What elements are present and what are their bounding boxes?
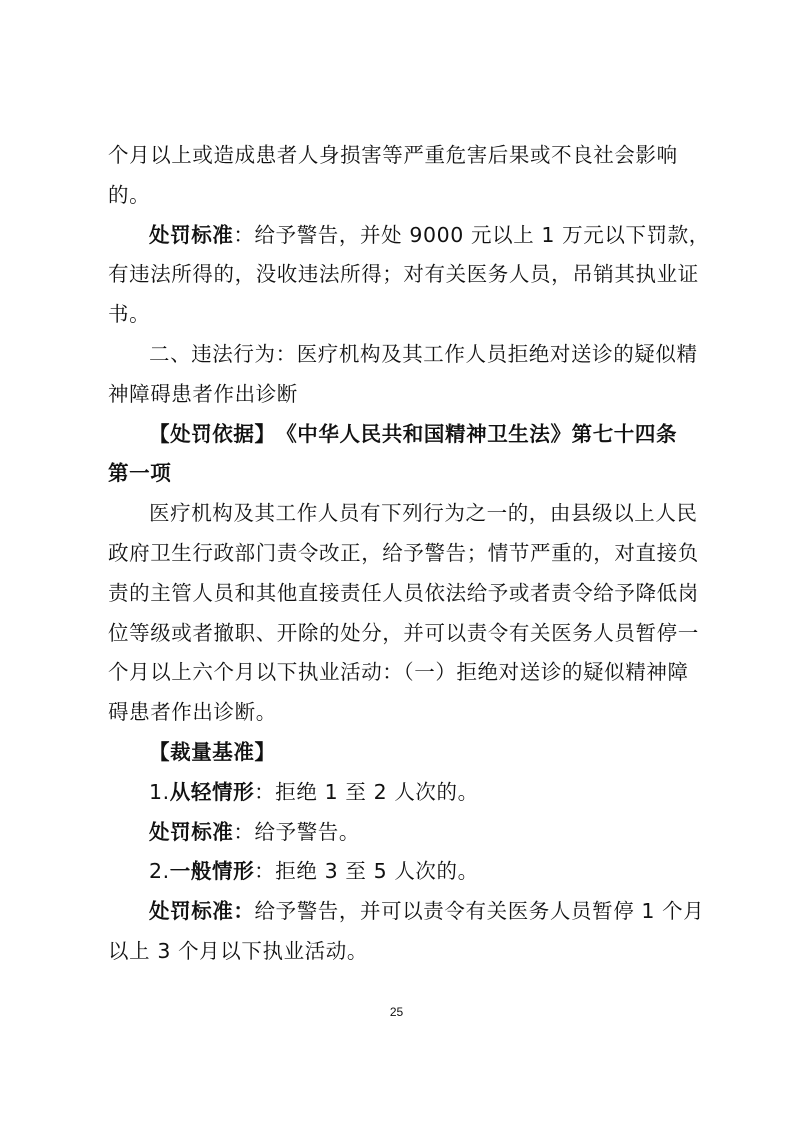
discretion-heading-line: 【裁量基准】 [108, 733, 693, 773]
document-body: 个月以上或造成患者人身损害等严重危害后果或不良社会影响 的。 处罚标准：给予警告… [108, 136, 693, 972]
body-text: 给予警告，并可以责令有关医务人员暂停 1 个月 [255, 899, 705, 923]
legal-basis-heading: 【处罚依据】 《中华人民共和国精神卫生法》第七十四条 [149, 422, 677, 446]
body-text: 有违法所得的，没收违法所得；对有关医务人员，吊销其执业证 [108, 262, 699, 286]
penalty-standard-line: 处罚标准：给予警告。 [108, 813, 693, 853]
paragraph-line: 位等级或者撤职、开除的处分，并可以责令有关医务人员暂停一 [108, 614, 693, 654]
paragraph-line: 书。 [108, 295, 693, 335]
paragraph-line: 责的主管人员和其他直接责任人员依法给予或者责令给予降低岗 [108, 574, 693, 614]
body-text: ：给予警告，并处 9000 元以上 1 万元以下罚款， [233, 223, 709, 247]
paragraph-line: 有违法所得的，没收违法所得；对有关医务人员，吊销其执业证 [108, 255, 693, 295]
penalty-standard-line: 处罚标准：给予警告，并可以责令有关医务人员暂停 1 个月 [108, 892, 693, 932]
body-text: ：拒绝 3 至 5 人次的。 [254, 859, 479, 883]
paragraph-line: 个月以上或造成患者人身损害等严重危害后果或不良社会影响 [108, 136, 693, 176]
case-label: 从轻情形 [170, 780, 254, 804]
penalty-standard-label: 处罚标准 [149, 223, 233, 247]
paragraph-line: 的。 [108, 176, 693, 216]
penalty-standard-label: 处罚标准 [149, 820, 233, 844]
paragraph-line: 医疗机构及其工作人员有下列行为之一的，由县级以上人民 [108, 494, 693, 534]
paragraph-line: 碍患者作出诊断。 [108, 693, 693, 733]
case-line: 2.一般情形：拒绝 3 至 5 人次的。 [108, 852, 693, 892]
body-text: 个月以上六个月以下执业活动：（一）拒绝对送诊的疑似精神障 [108, 660, 689, 684]
body-text: 书。 [108, 302, 150, 326]
body-text: 碍患者作出诊断。 [108, 700, 277, 724]
body-text: 的。 [108, 183, 150, 207]
body-text: 个月以上或造成患者人身损害等严重危害后果或不良社会影响 [108, 143, 678, 167]
body-text: 以上 3 个月以下执业活动。 [108, 939, 368, 963]
legal-basis-line: 第一项 [108, 454, 693, 494]
violation-heading: 二、违法行为：医疗机构及其工作人员拒绝对送诊的疑似精 [149, 342, 698, 366]
case-line: 1.从轻情形：拒绝 1 至 2 人次的。 [108, 773, 693, 813]
case-label: 一般情形 [170, 859, 254, 883]
paragraph-line: 政府卫生行政部门责令改正，给予警告；情节严重的，对直接负 [108, 534, 693, 574]
body-text: 医疗机构及其工作人员有下列行为之一的，由县级以上人民 [149, 501, 698, 525]
list-number: 2. [149, 859, 170, 883]
body-text: ：给予警告。 [233, 820, 360, 844]
paragraph-line: 以上 3 个月以下执业活动。 [108, 932, 693, 972]
body-text: 政府卫生行政部门责令改正，给予警告；情节严重的，对直接负 [108, 541, 699, 565]
list-number: 1. [149, 780, 170, 804]
legal-basis-heading: 第一项 [108, 461, 171, 485]
body-text: 位等级或者撤职、开除的处分，并可以责令有关医务人员暂停一 [108, 621, 699, 645]
penalty-standard-line: 处罚标准：给予警告，并处 9000 元以上 1 万元以下罚款， [108, 216, 693, 256]
paragraph-line: 个月以上六个月以下执业活动：（一）拒绝对送诊的疑似精神障 [108, 653, 693, 693]
discretion-heading: 【裁量基准】 [149, 740, 276, 764]
body-text: 神障碍患者作出诊断 [108, 382, 298, 406]
paragraph-line: 神障碍患者作出诊断 [108, 375, 693, 415]
penalty-standard-label: 处罚标准： [149, 899, 255, 923]
legal-basis-line: 【处罚依据】 《中华人民共和国精神卫生法》第七十四条 [108, 415, 693, 455]
violation-heading-line: 二、违法行为：医疗机构及其工作人员拒绝对送诊的疑似精 [108, 335, 693, 375]
body-text: ：拒绝 1 至 2 人次的。 [254, 780, 479, 804]
body-text: 责的主管人员和其他直接责任人员依法给予或者责令给予降低岗 [108, 581, 699, 605]
page-number: 25 [0, 1005, 793, 1019]
